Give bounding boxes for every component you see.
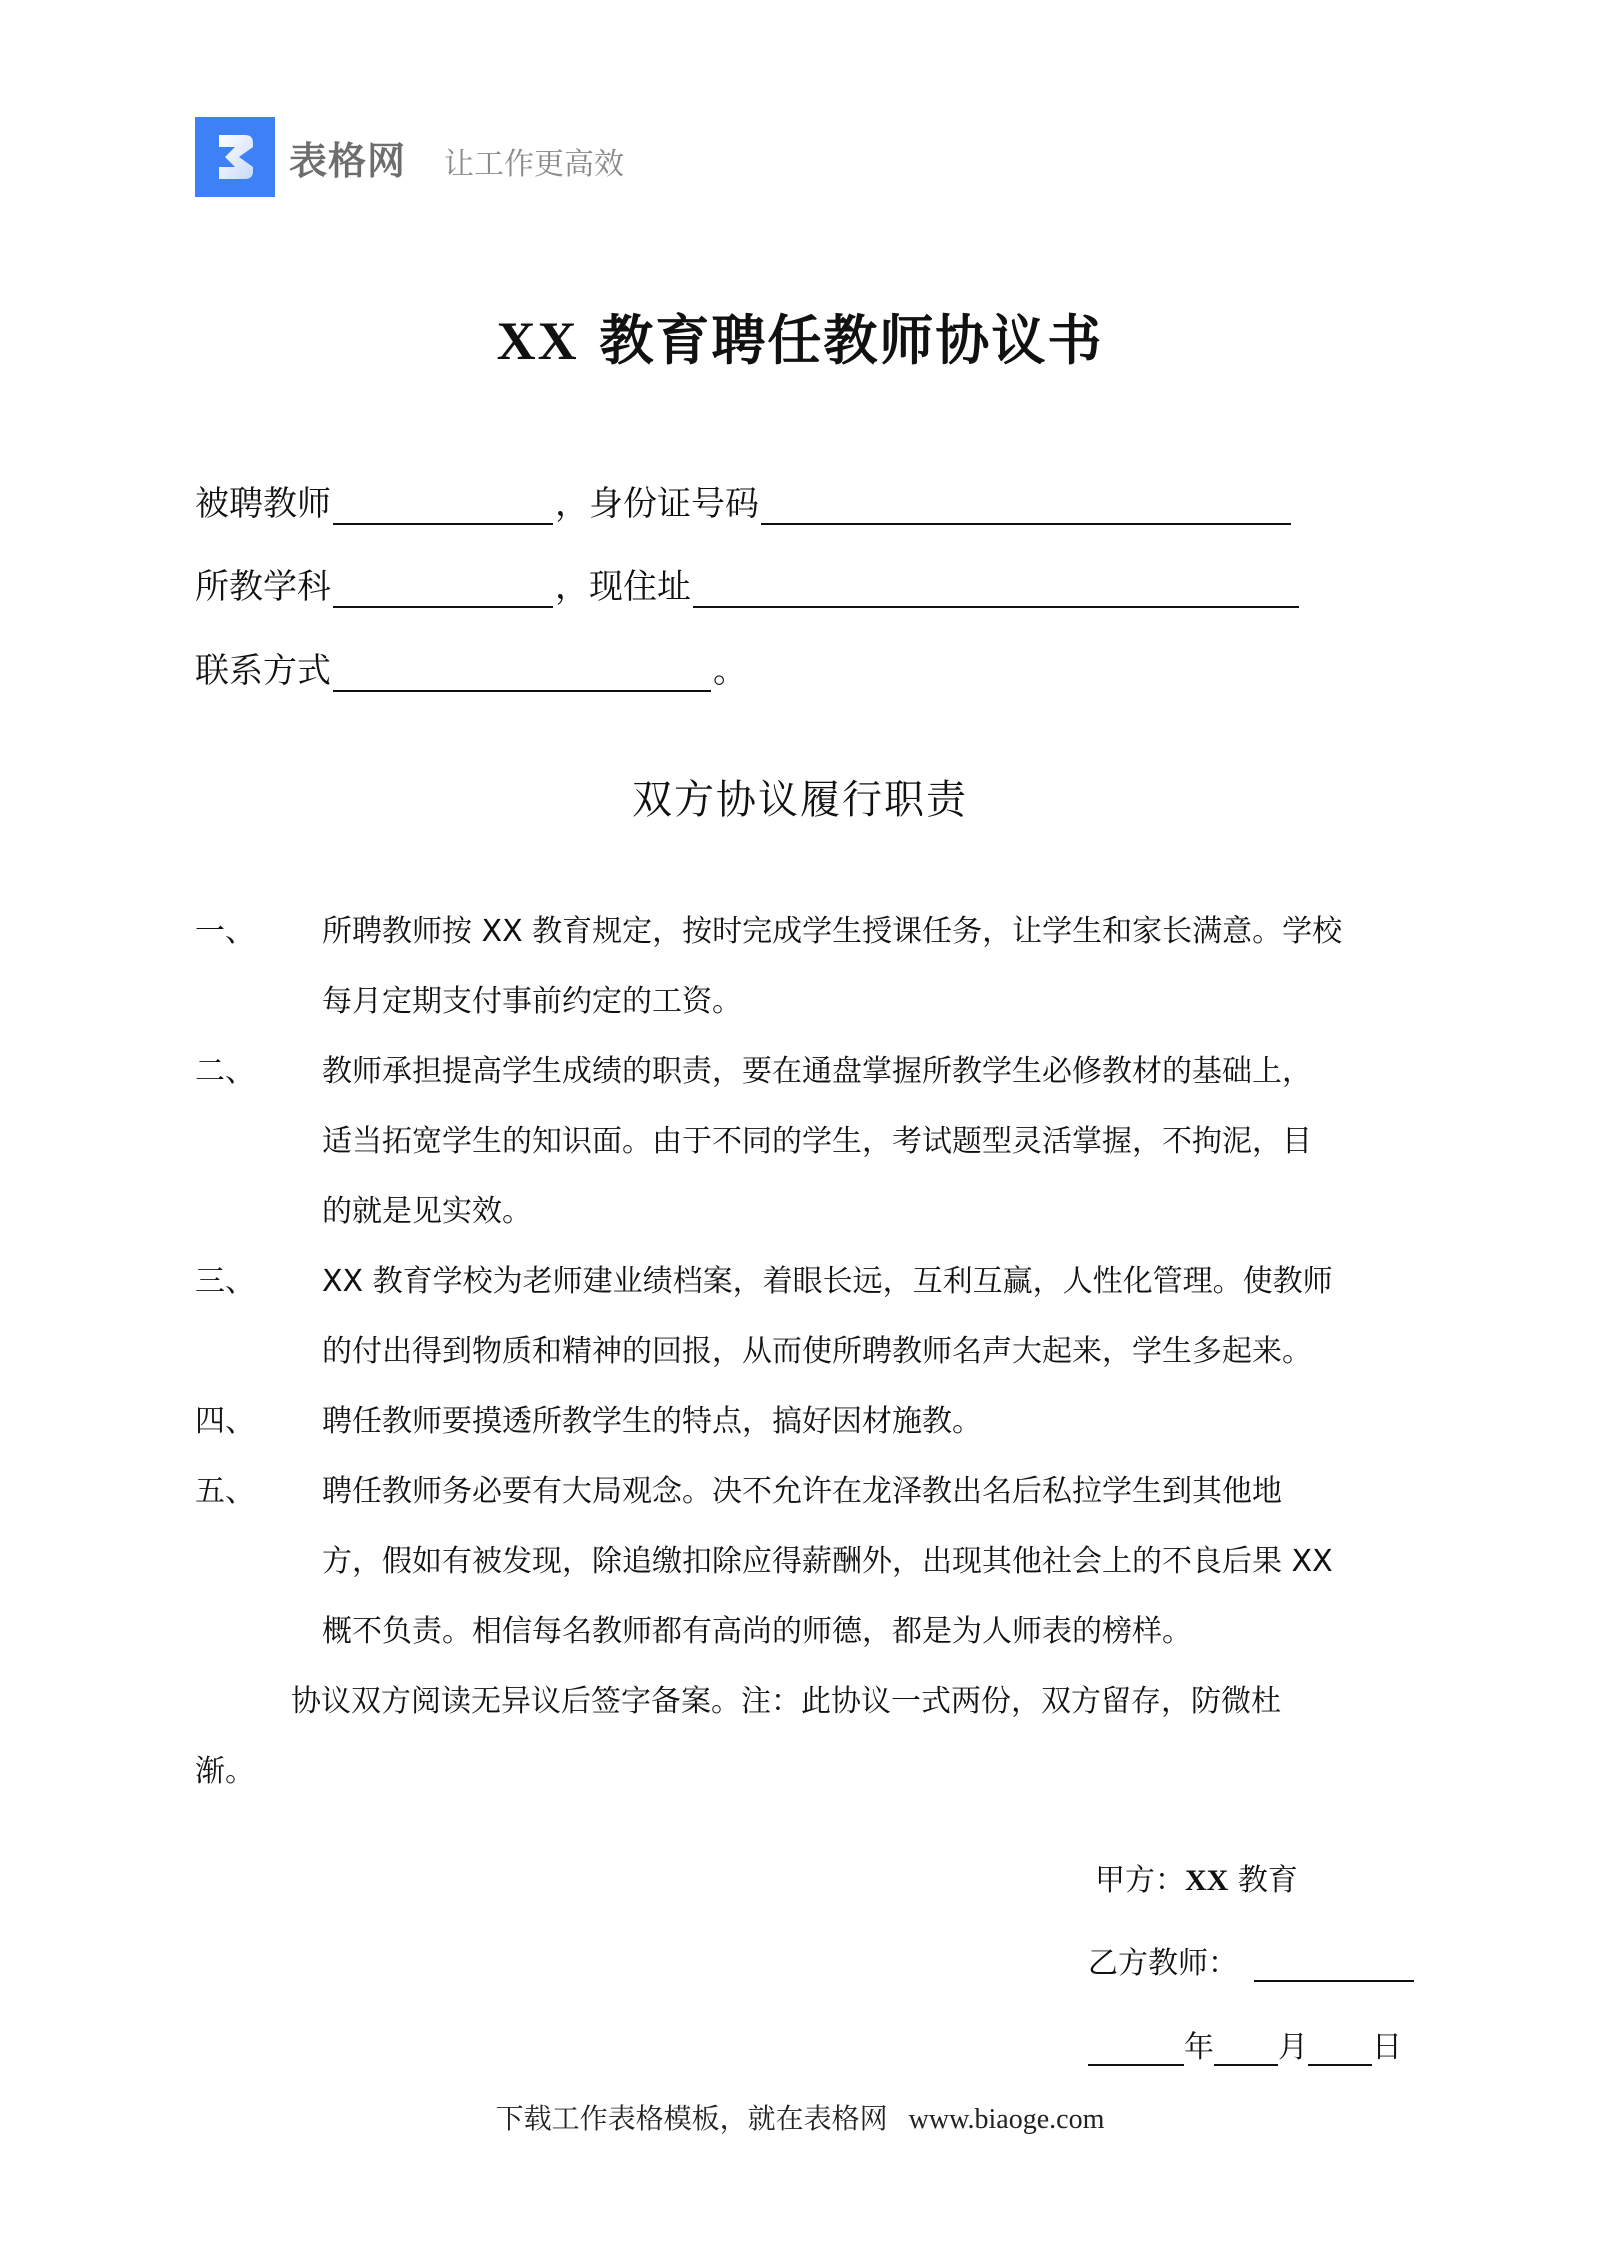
- party-b: 乙方教师：: [1088, 1938, 1414, 1982]
- day-blank[interactable]: [1308, 2032, 1372, 2066]
- clause-1: 一、 所聘教师按 XX 教育规定，按时完成学生授课任务，让学生和家长满意。学校 …: [195, 897, 1415, 1037]
- clause-text: 聘任教师要摸透所教学生的特点，搞好因材施教。: [322, 1387, 1415, 1457]
- year-blank[interactable]: [1088, 2032, 1184, 2066]
- clause-text: 所聘教师按 XX 教育规定，按时完成学生授课任务，让学生和家长满意。学校 每月定…: [322, 897, 1415, 1037]
- clause-number: 四、: [195, 1387, 255, 1457]
- clause-5: 五、 聘任教师务必要有大局观念。决不允许在龙泽教出名后私拉学生到其他地 方，假如…: [195, 1457, 1415, 1667]
- field-teacher-id: 被聘教师 ， 身份证号码: [195, 475, 1293, 525]
- address-blank[interactable]: [693, 566, 1299, 608]
- clause-text: 聘任教师务必要有大局观念。决不允许在龙泽教出名后私拉学生到其他地 方，假如有被发…: [322, 1457, 1415, 1667]
- footer: 下载工作表格模板，就在表格网 www.biaoge.com: [0, 2097, 1600, 2137]
- closing-paragraph: 协议双方阅读无异议后签字备案。注：此协议一式两份，双方留存，防微杜 渐。: [195, 1667, 1415, 1807]
- clause-number: 二、: [195, 1037, 255, 1107]
- clause-4: 四、 聘任教师要摸透所教学生的特点，搞好因材施教。: [195, 1387, 1415, 1457]
- party-b-signature-blank[interactable]: [1254, 1948, 1414, 1982]
- month-blank[interactable]: [1214, 2032, 1278, 2066]
- clause-number: 五、: [195, 1457, 255, 1527]
- sign-date: 年月日: [1088, 2022, 1402, 2066]
- subject-blank[interactable]: [333, 566, 553, 608]
- field-subject-address: 所教学科 ， 现住址: [195, 558, 1301, 608]
- biaoge-logo-icon: [195, 117, 275, 197]
- footer-text: 下载工作表格模板，就在表格网: [496, 2104, 888, 2135]
- footer-url[interactable]: www.biaoge.com: [909, 2104, 1105, 2135]
- field-label-subject: 所教学科: [195, 559, 331, 608]
- teacher-name-blank[interactable]: [333, 483, 553, 525]
- field-label-teacher: 被聘教师: [195, 476, 331, 525]
- clause-2: 二、 教师承担提高学生成绩的职责，要在通盘掌握所教学生必修教材的基础上， 适当拓…: [195, 1037, 1415, 1247]
- brand-slogan: 让工作更高效: [444, 139, 624, 183]
- clause-text: 教师承担提高学生成绩的职责，要在通盘掌握所教学生必修教材的基础上， 适当拓宽学生…: [322, 1037, 1415, 1247]
- brand-logo: 表格网 让工作更高效: [195, 117, 624, 197]
- field-contact: 联系方式 。: [195, 642, 747, 692]
- clause-3: 三、 XX 教育学校为老师建业绩档案，着眼长远，互利互赢，人性化管理。使教师 的…: [195, 1247, 1415, 1387]
- contact-blank[interactable]: [333, 650, 711, 692]
- field-label-id: 身份证号码: [589, 476, 759, 525]
- section-title: 双方协议履行职责: [0, 768, 1600, 825]
- id-number-blank[interactable]: [761, 483, 1291, 525]
- field-label-address: 现住址: [589, 559, 691, 608]
- document-title: XX 教育聘任教师协议书: [0, 298, 1600, 375]
- clause-text: XX 教育学校为老师建业绩档案，着眼长远，互利互赢，人性化管理。使教师 的付出得…: [322, 1247, 1415, 1387]
- party-a: 甲方：XX 教育: [1095, 1855, 1298, 1899]
- clause-number: 一、: [195, 897, 255, 967]
- clause-number: 三、: [195, 1247, 255, 1317]
- brand-name: 表格网: [289, 130, 406, 185]
- field-label-contact: 联系方式: [195, 643, 331, 692]
